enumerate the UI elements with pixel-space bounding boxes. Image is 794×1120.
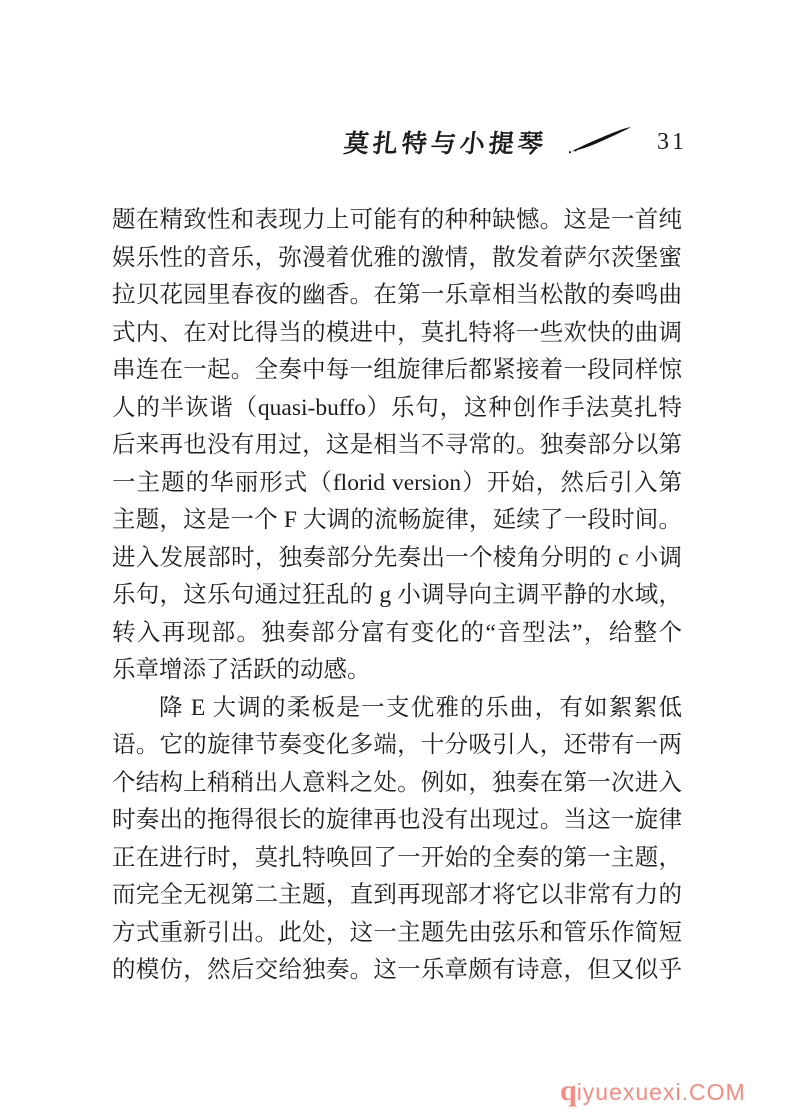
text-line: 串连在一起。全奏中每一组旋律后都紧接着一段同样惊 xyxy=(112,352,682,390)
text-line: 后来再也没有用过，这是相当不寻常的。独奏部分以第 xyxy=(112,427,682,465)
text-line: 人的半诙谐（quasi-buffo）乐句，这种创作手法莫扎特 xyxy=(112,390,682,428)
text-line: 主题，这是一个 F 大调的流畅旋律，延续了一段时间。 xyxy=(112,502,682,540)
text-line: 而完全无视第二主题，直到再现部才将它以非常有力的 xyxy=(112,877,682,915)
text-line: 正在进行时，莫扎特唤回了一开始的全奏的第一主题， xyxy=(112,840,682,878)
text-line: 乐章增添了活跃的动感。 xyxy=(112,652,682,690)
text-line: 题在精致性和表现力上可能有的种种缺憾。这是一首纯 xyxy=(112,202,682,240)
text-line: 个结构上稍稍出人意料之处。例如，独奏在第一次进入 xyxy=(112,765,682,803)
text-line: 娱乐性的音乐，弥漫着优雅的激情，散发着萨尔茨堡蜜 xyxy=(112,240,682,278)
text-line: 进入发展部时，独奏部分先奏出一个棱角分明的 c 小调 xyxy=(112,540,682,578)
book-title: 莫扎特与小提琴 xyxy=(342,124,549,160)
text-line: 的模仿，然后交给独奏。这一乐章颇有诗意，但又似乎 xyxy=(112,952,682,990)
quill-flourish-icon xyxy=(567,126,633,159)
body-text: 题在精致性和表现力上可能有的种种缺憾。这是一首纯 娱乐性的音乐，弥漫着优雅的激情… xyxy=(112,202,682,990)
text-line: 乐句，这乐句通过狂乱的 g 小调导向主调平静的水域， xyxy=(112,577,682,615)
text-line: 一主题的华丽形式（florid version）开始，然后引入第二 xyxy=(112,465,682,503)
site-watermark: qiyuexuexi.COM xyxy=(560,1076,746,1111)
page-number: 31 xyxy=(657,129,687,156)
text-line: 时奏出的拖得很长的旋律再也没有出现过。当这一旋律 xyxy=(112,802,682,840)
text-line: 语。它的旋律节奏变化多端，十分吸引人，还带有一两 xyxy=(112,727,682,765)
text-line: 转入再现部。独奏部分富有变化的“音型法”，给整个 xyxy=(112,615,682,653)
book-page: 莫扎特与小提琴 31 题在精致性和表现力上可能有的种种缺憾。这是一首纯 娱乐性的… xyxy=(0,0,794,1120)
watermark-text: iyuexuexi.COM xyxy=(577,1079,746,1105)
text-line: 式内、在对比得当的模进中，莫扎特将一些欢快的曲调 xyxy=(112,315,682,353)
text-line: 方式重新引出。此处，这一主题先由弦乐和管乐作简短 xyxy=(112,915,682,953)
running-head: 莫扎特与小提琴 31 xyxy=(344,124,687,160)
text-line: 拉贝花园里春夜的幽香。在第一乐章相当松散的奏鸣曲 xyxy=(112,277,682,315)
watermark-initial: q xyxy=(560,1074,577,1107)
text-line: 降 E 大调的柔板是一支优雅的乐曲，有如絮絮低 xyxy=(112,690,682,728)
